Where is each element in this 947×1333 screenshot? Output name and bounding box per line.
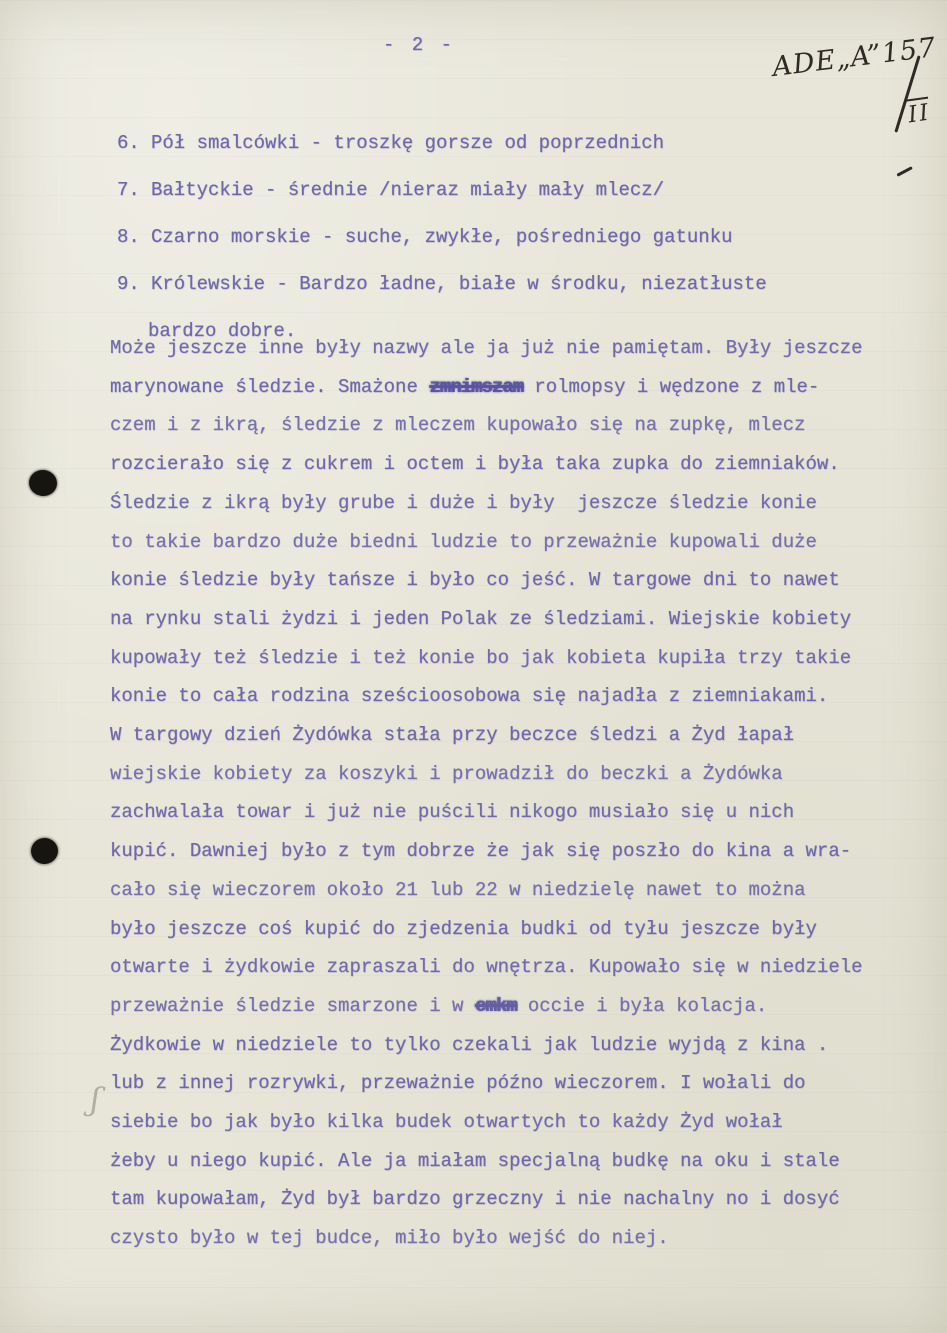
list-item: 8.Czarno morskie - suche, zwykłe, pośred… — [117, 214, 857, 261]
list-item-number: 7. — [117, 167, 151, 214]
typed-line: czem i z ikrą, śledzie z mleczem kupował… — [110, 406, 900, 445]
herring-list: 6.Pół smalcówki - troszkę gorsze od popr… — [117, 120, 857, 355]
list-item-number: 6. — [117, 120, 151, 167]
list-item: 9.Królewskie - Bardzo ładne, białe w śro… — [117, 261, 857, 308]
list-item-number: 9. — [117, 261, 151, 308]
typed-line: tam kupowałam, Żyd był bardzo grzeczny i… — [110, 1180, 900, 1219]
typed-segment: przeważnie śledzie smarzone i w — [110, 995, 475, 1017]
typed-line: marynowane śledzie. Smażone zmnimszam ro… — [110, 368, 900, 407]
scanned-page: - 2 - ADE„A”157 II 6.Pół smalcówki - tro… — [0, 0, 947, 1333]
pencil-mark: ʃ — [89, 1080, 102, 1119]
typed-line: Może jeszcze inne były nazwy ale ja już … — [110, 329, 900, 368]
typed-line: kupowały też śledzie i też konie bo jak … — [110, 639, 900, 678]
typed-line: na rynku stali żydzi i jeden Polak ze śl… — [110, 600, 900, 639]
typed-line: przeważnie śledzie smarzone i w cmkm occ… — [110, 987, 900, 1026]
annotation-tick-stroke — [896, 166, 912, 176]
typed-line: lub z innej rozrywki, przeważnie późno w… — [110, 1064, 900, 1103]
typed-line: żeby u niego kupić. Ale ja miałam specja… — [110, 1142, 900, 1181]
typed-line: zachwalała towar i już nie puścili nikog… — [110, 793, 900, 832]
typed-line: to takie bardzo duże biedni ludzie to pr… — [110, 523, 900, 562]
typed-line: konie śledzie były tańsze i było co jeść… — [110, 561, 900, 600]
struck-word: zmnimszam — [429, 376, 523, 398]
typed-line: cało się wieczorem około 21 lub 22 w nie… — [110, 871, 900, 910]
list-item-text: Bałtyckie - średnie /nieraz miały mały m… — [151, 179, 664, 201]
page-number: - 2 - — [383, 34, 455, 56]
list-item-text: Królewskie - Bardzo ładne, białe w środk… — [151, 273, 767, 295]
typed-line: siebie bo jak było kilka budek otwartych… — [110, 1103, 900, 1142]
annotation-part-number: II — [906, 97, 932, 129]
punch-hole-bottom — [30, 837, 60, 866]
punch-hole-top — [27, 468, 58, 498]
list-item: 7.Bałtyckie - średnie /nieraz miały mały… — [117, 167, 857, 214]
list-item: 6.Pół smalcówki - troszkę gorsze od popr… — [117, 120, 857, 167]
list-item-text: Czarno morskie - suche, zwykłe, pośredni… — [151, 226, 733, 248]
typed-segment: occie i była kolacja. — [516, 995, 767, 1017]
typed-line: Żydkowie w niedziele to tylko czekali ja… — [110, 1026, 900, 1065]
typed-line: Śledzie z ikrą były grube i duże i były … — [110, 484, 900, 523]
typed-line: czysto było w tej budce, miło było wejść… — [110, 1219, 900, 1258]
typed-line: było jeszcze coś kupić do zjedzenia budk… — [110, 910, 900, 949]
typed-line: otwarte i żydkowie zapraszali do wnętrza… — [110, 948, 900, 987]
typed-line: wiejskie kobiety za koszyki i prowadził … — [110, 755, 900, 794]
typed-line: konie to cała rodzina sześcioosobowa się… — [110, 677, 900, 716]
typed-line: kupić. Dawniej było z tym dobrze że jak … — [110, 832, 900, 871]
struck-word: cmkm — [475, 995, 517, 1017]
typed-segment: marynowane śledzie. Smażone — [110, 376, 429, 398]
list-item-number: 8. — [117, 214, 151, 261]
typed-line: W targowy dzień Żydówka stała przy beczc… — [110, 716, 900, 755]
memoir-paragraph: Może jeszcze inne były nazwy ale ja już … — [110, 329, 900, 1258]
typed-line: rozcierało się z cukrem i octem i była t… — [110, 445, 900, 484]
typed-segment: rolmopsy i wędzone z mle- — [523, 376, 819, 398]
list-item-text: Pół smalcówki - troszkę gorsze od poprze… — [151, 132, 664, 154]
